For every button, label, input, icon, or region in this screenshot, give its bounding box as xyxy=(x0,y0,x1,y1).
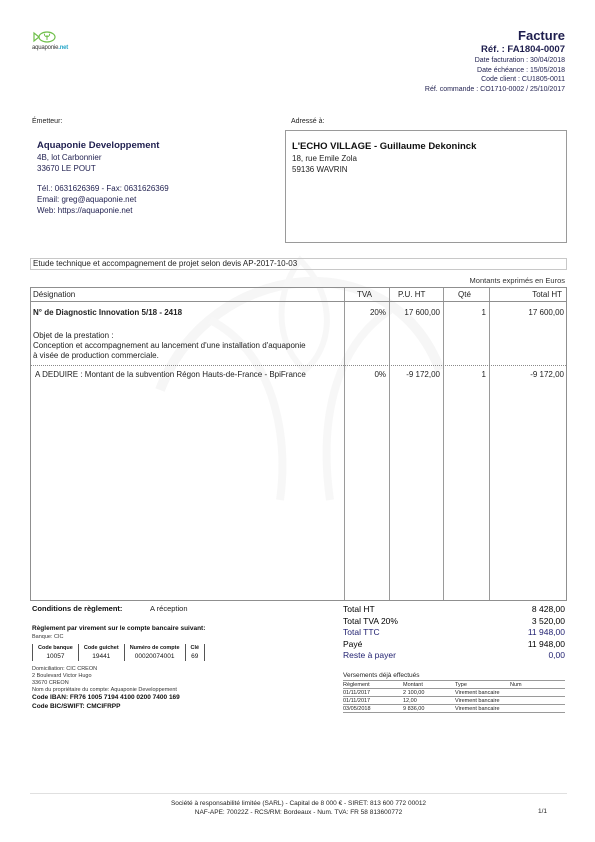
header-tva: TVA xyxy=(357,290,372,299)
payment-num-header: Num xyxy=(510,681,565,689)
invoice-header: Facture Réf. : FA1804-0007 Date facturat… xyxy=(265,28,565,94)
recipient-label: Adressé à: xyxy=(291,118,324,125)
table-row: A DEDUIRE : Montant de la subvention Rég… xyxy=(31,370,566,384)
table-row: 01/11/2017 12,00 Virement bancaire xyxy=(343,697,565,705)
client-code: Code client : CU1805-0011 xyxy=(265,75,565,85)
emitter-address-2: 33670 LE POUT xyxy=(37,163,285,174)
remaining-value: 0,00 xyxy=(548,650,565,662)
payment-type-header: Type xyxy=(455,681,510,689)
item-qty: 1 xyxy=(443,308,486,317)
payment-num xyxy=(510,705,565,713)
item-pu-ht: -9 172,00 xyxy=(389,370,440,379)
payment-date-header: Règlement xyxy=(343,681,403,689)
legal-footer: Société à responsabilité limitée (SARL) … xyxy=(30,799,567,817)
payment-amount: 2 100,00 xyxy=(403,689,455,697)
payment-num xyxy=(510,697,565,705)
project-description: Etude technique et accompagnement de pro… xyxy=(30,258,567,270)
due-date: Date échéance : 15/05/2018 xyxy=(265,66,565,76)
total-ttc-label: Total TTC xyxy=(343,627,380,639)
emitter-address-1: 4B, lot Carbonnier xyxy=(37,152,285,163)
branch-code: 19441 xyxy=(78,652,124,661)
recipient-block: L'ECHO VILLAGE - Guillaume Dekoninck 18,… xyxy=(285,130,567,243)
total-ht-row: Total HT 8 428,00 xyxy=(343,604,565,616)
remaining-label: Reste à payer xyxy=(343,650,396,662)
table-row: 01/11/2017 2 100,00 Virement bancaire xyxy=(343,689,565,697)
emitter-name: Aquaponie Developpement xyxy=(37,139,285,152)
emitter-phone: Tél.: 0631626369 - Fax: 0631626369 xyxy=(37,183,285,194)
emitter-email[interactable]: Email: greg@aquaponie.net xyxy=(37,194,285,205)
item-pu-ht: 17 600,00 xyxy=(389,308,440,317)
payment-num xyxy=(510,689,565,697)
bank-transfer-title: Règlement par virement sur le compte ban… xyxy=(32,625,205,632)
bank-details-table: Code banque Code guichet Numéro de compt… xyxy=(32,644,205,661)
account-number: 00020074001 xyxy=(124,652,185,661)
recipient-address-2: 59136 WAVRIN xyxy=(292,164,566,175)
items-table-header: Désignation TVA P.U. HT Qté Total HT xyxy=(31,288,566,302)
account-owner: Nom du propriétaire du compte: Aquaponie… xyxy=(32,687,180,694)
recipient-address-1: 18, rue Emile Zola xyxy=(292,153,566,164)
item-total-ht: -9 172,00 xyxy=(489,370,564,379)
total-ttc-row: Total TTC 11 948,00 xyxy=(343,627,565,639)
domiciliation-address-1: 2 Boulevard Victor Hugo xyxy=(32,673,180,680)
emitter-block: Aquaponie Developpement 4B, lot Carbonni… xyxy=(30,130,285,242)
total-ttc-value: 11 948,00 xyxy=(528,627,565,639)
emitter-label: Émetteur: xyxy=(32,118,62,125)
payment-amount: 12,00 xyxy=(403,697,455,705)
invoice-reference: Réf. : FA1804-0007 xyxy=(265,43,565,56)
conditions-label: Conditions de règlement: xyxy=(32,604,122,613)
item-title: A DEDUIRE : Montant de la subvention Rég… xyxy=(35,370,306,379)
payment-amount: 9 836,00 xyxy=(403,705,455,713)
fish-plant-logo-icon xyxy=(25,30,85,46)
payment-type: Virement bancaire xyxy=(455,705,510,713)
items-table: Désignation TVA P.U. HT Qté Total HT N° … xyxy=(30,287,567,601)
total-ht-label: Total HT xyxy=(343,604,375,616)
payment-date: 03/05/2018 xyxy=(343,705,403,713)
bank-code: 10057 xyxy=(33,652,79,661)
item-description: Objet de la prestation : xyxy=(33,331,114,340)
table-row: 03/05/2018 9 836,00 Virement bancaire xyxy=(343,705,565,713)
bic-code: Code BIC/SWIFT: CMCIFRPP xyxy=(32,703,180,712)
payment-date: 01/11/2017 xyxy=(343,697,403,705)
table-row: N° de Diagnostic Innovation 5/18 - 2418 … xyxy=(31,308,566,364)
remaining-row: Reste à payer 0,00 xyxy=(343,650,565,662)
account-number-header: Numéro de compte xyxy=(124,644,185,652)
paid-row: Payé 11 948,00 xyxy=(343,639,565,651)
recipient-name: L'ECHO VILLAGE - Guillaume Dekoninck xyxy=(292,140,566,153)
item-qty: 1 xyxy=(443,370,486,379)
item-description: Conception et accompagnement au lancemen… xyxy=(33,341,306,350)
currency-note: Montants exprimés en Euros xyxy=(470,276,565,285)
branch-code-header: Code guichet xyxy=(78,644,124,652)
paid-label: Payé xyxy=(343,639,362,651)
item-description: à visée de production commerciale. xyxy=(33,351,159,360)
totals-block: Total HT 8 428,00 Total TVA 20% 3 520,00… xyxy=(343,604,565,662)
iban-code: Code IBAN: FR76 1005 7194 4100 0200 7400… xyxy=(32,694,180,703)
footer-divider xyxy=(30,793,567,794)
invoice-date: Date facturation : 30/04/2018 xyxy=(265,56,565,66)
rib-key: 69 xyxy=(185,652,205,661)
row-separator xyxy=(31,365,566,366)
item-title: N° de Diagnostic Innovation 5/18 - 2418 xyxy=(33,308,182,317)
bank-code-header: Code banque xyxy=(33,644,79,652)
invoice-title: Facture xyxy=(265,28,565,43)
payments-made-title: Versements déjà effectués xyxy=(343,672,565,679)
total-tva-label: Total TVA 20% xyxy=(343,616,398,628)
page-number: 1/1 xyxy=(538,808,547,815)
footer-line-2: NAF-APE: 70022Z - RCS/RM: Bordeaux - Num… xyxy=(30,808,567,817)
total-ht-value: 8 428,00 xyxy=(532,604,565,616)
payments-made: Versements déjà effectués Règlement Mont… xyxy=(343,672,565,713)
emitter-website[interactable]: Web: https://aquaponie.net xyxy=(37,205,285,216)
total-tva-row: Total TVA 20% 3 520,00 xyxy=(343,616,565,628)
item-total-ht: 17 600,00 xyxy=(489,308,564,317)
total-tva-value: 3 520,00 xyxy=(532,616,565,628)
payment-type: Virement bancaire xyxy=(455,689,510,697)
company-logo: aquaponie.net xyxy=(25,30,85,56)
bank-domiciliation: Domiciliation: CIC CREON 2 Boulevard Vic… xyxy=(32,666,180,711)
item-tva: 20% xyxy=(344,308,386,317)
domiciliation-address-2: 33670 CREON xyxy=(32,680,180,687)
order-reference: Réf. commande : CO1710-0002 / 25/10/2017 xyxy=(265,85,565,95)
payments-table: Règlement Montant Type Num 01/11/2017 2 … xyxy=(343,680,565,713)
header-designation: Désignation xyxy=(33,290,75,299)
paid-value: 11 948,00 xyxy=(528,639,565,651)
bank-name: Banque: CIC xyxy=(32,634,64,640)
payment-amount-header: Montant xyxy=(403,681,455,689)
header-total-ht: Total HT xyxy=(532,290,562,299)
footer-line-1: Société à responsabilité limitée (SARL) … xyxy=(30,799,567,808)
item-tva: 0% xyxy=(344,370,386,379)
logo-wordmark: aquaponie.net xyxy=(32,45,68,51)
header-pu-ht: P.U. HT xyxy=(398,290,425,299)
header-qty: Qté xyxy=(458,290,471,299)
conditions-value: A réception xyxy=(150,604,188,613)
payment-type: Virement bancaire xyxy=(455,697,510,705)
payment-conditions: Conditions de règlement: A réception xyxy=(32,604,122,613)
domiciliation: Domiciliation: CIC CREON xyxy=(32,666,180,673)
key-header: Clé xyxy=(185,644,205,652)
payment-date: 01/11/2017 xyxy=(343,689,403,697)
